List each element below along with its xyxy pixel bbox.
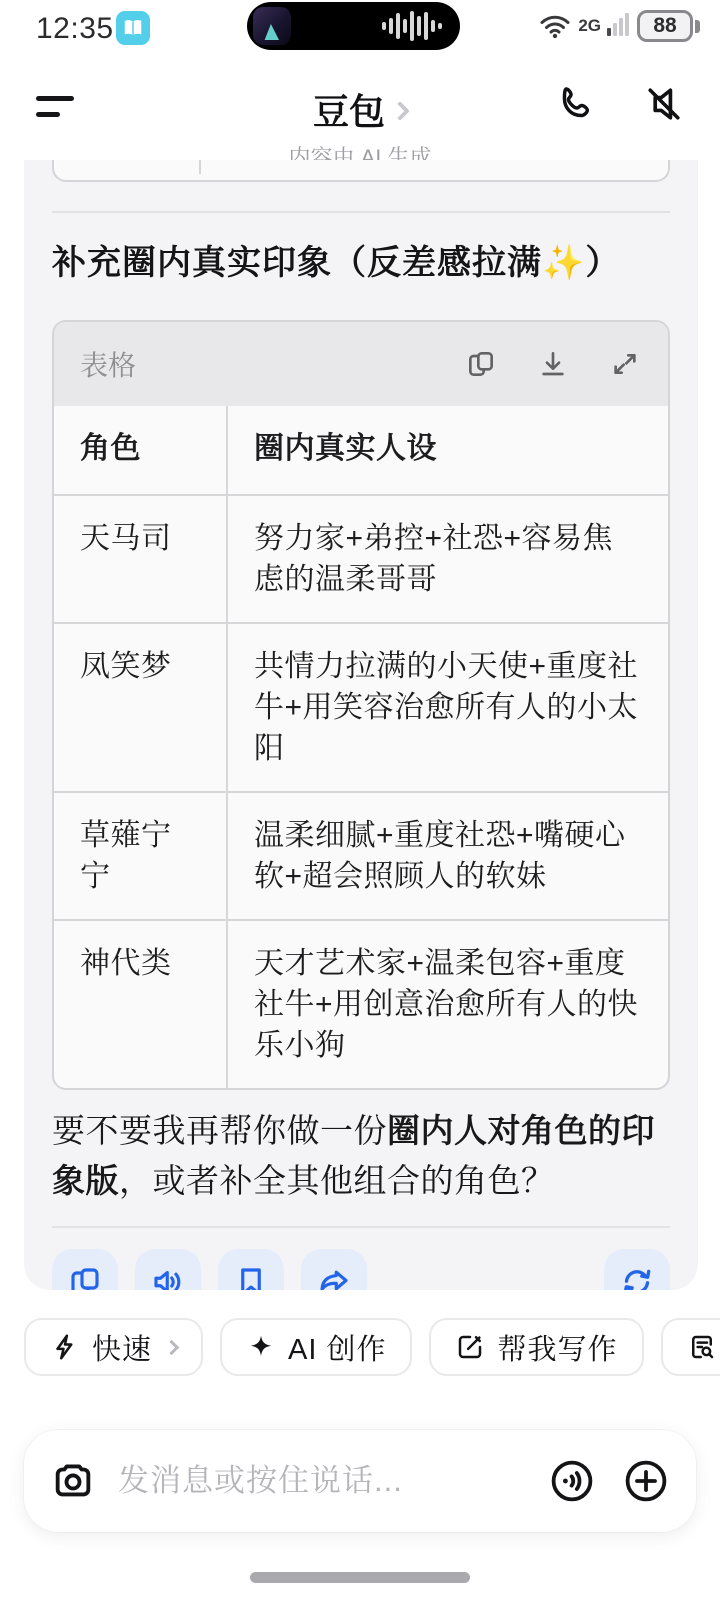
chevron-right-icon <box>164 1339 180 1355</box>
bookmark-button[interactable] <box>218 1249 284 1290</box>
message-input[interactable] <box>118 1463 548 1499</box>
battery-icon: 88 <box>637 10 700 42</box>
add-button[interactable] <box>622 1457 670 1505</box>
table-toolbar-label: 表格 <box>80 344 464 384</box>
action-divider <box>52 1226 670 1228</box>
wifi-icon <box>540 13 570 39</box>
table-row: 神代类 天才艺术家+温柔包容+重度社牛+用创意治愈所有人的快乐小狗 <box>54 920 668 1088</box>
character-name-cell: 草薙宁宁 <box>54 792 227 920</box>
table-row: 凤笑梦 共情力拉满的小天使+重度社牛+用笑容治愈所有人的小太阳 <box>54 623 668 792</box>
chip-write-for-me[interactable]: 帮我写作 <box>429 1318 643 1376</box>
character-name-cell: 天马司 <box>54 495 227 623</box>
reading-mode-icon <box>116 11 150 45</box>
chip-quick[interactable]: 快速 <box>24 1318 203 1376</box>
character-name-cell: 神代类 <box>54 920 227 1088</box>
message-heading: 补充圈内真实印象（反差感拉满✨） <box>52 235 670 284</box>
copy-message-button[interactable] <box>52 1249 118 1290</box>
previous-table-bottom-edge <box>52 160 670 182</box>
character-persona-cell: 温柔细腻+重度社恐+嘴硬心软+超会照顾人的软妹 <box>227 792 668 920</box>
chevron-right-icon <box>390 101 410 121</box>
message-input-bar <box>24 1430 696 1532</box>
followup-question: 要不要我再帮你做一份圈内人对角色的印象版，或者补全其他组合的角色？ <box>52 1106 670 1206</box>
table-copy-button[interactable] <box>464 347 498 381</box>
table-row: 天马司 努力家+弟控+社恐+容易焦虑的温柔哥哥 <box>54 495 668 623</box>
doc-search-icon <box>687 1332 717 1362</box>
characters-table: 角色 圈内真实人设 天马司 努力家+弟控+社恐+容易焦虑的温柔哥哥 凤笑梦 共情… <box>54 406 668 1088</box>
table-toolbar: 表格 <box>54 322 668 406</box>
home-indicator[interactable] <box>250 1572 470 1583</box>
message-action-row <box>52 1249 670 1290</box>
character-persona-cell: 共情力拉满的小天使+重度社牛+用笑容治愈所有人的小太阳 <box>227 623 668 792</box>
lightning-icon <box>50 1332 80 1362</box>
chip-ai-create[interactable]: AI 创作 <box>220 1318 412 1376</box>
battery-percent: 88 <box>637 10 693 42</box>
phone-screen: 12:35 2G 88 豆包 <box>0 0 720 1600</box>
voice-wave-button[interactable] <box>548 1457 596 1505</box>
column-header: 圈内真实人设 <box>227 406 668 495</box>
quick-actions-row: 快速 AI 创作 帮我写作 拍题答疑 <box>0 1318 720 1378</box>
table-expand-button[interactable] <box>608 347 642 381</box>
camera-button[interactable] <box>50 1458 96 1504</box>
character-persona-cell: 天才艺术家+温柔包容+重度社牛+用创意治愈所有人的快乐小狗 <box>227 920 668 1088</box>
regenerate-button[interactable] <box>604 1249 670 1290</box>
audio-waveform-icon <box>382 2 442 50</box>
table-header-row: 角色 圈内真实人设 <box>54 406 668 495</box>
table-download-button[interactable] <box>536 347 570 381</box>
character-name-cell: 凤笑梦 <box>54 623 227 792</box>
page-title: 豆包 <box>313 84 385 135</box>
sparkles-emoji: ✨ <box>542 244 585 282</box>
app-header: 豆包 内容由 AI 生成 <box>0 56 720 160</box>
chat-scroll-area[interactable]: 补充圈内真实印象（反差感拉满✨） 表格 <box>0 160 720 1600</box>
mute-voice-button[interactable] <box>642 82 686 126</box>
character-persona-cell: 努力家+弟控+社恐+容易焦虑的温柔哥哥 <box>227 495 668 623</box>
table-card: 表格 角色 <box>52 320 670 1090</box>
ai-message-bubble: 补充圈内真实印象（反差感拉满✨） 表格 <box>24 160 698 1290</box>
media-album-art <box>253 7 291 45</box>
status-bar: 12:35 2G 88 <box>0 0 720 56</box>
section-divider <box>52 211 670 213</box>
voice-call-button[interactable] <box>554 82 598 126</box>
clock: 12:35 <box>36 12 114 46</box>
column-header: 角色 <box>54 406 227 495</box>
chip-photo-solve[interactable]: 拍题答疑 <box>661 1318 720 1376</box>
media-island[interactable] <box>247 2 460 50</box>
signal-strength-icon <box>607 14 629 38</box>
table-row: 草薙宁宁 温柔细腻+重度社恐+嘴硬心软+超会照顾人的软妹 <box>54 792 668 920</box>
read-aloud-button[interactable] <box>135 1249 201 1290</box>
edit-square-icon <box>455 1332 485 1362</box>
share-button[interactable] <box>301 1249 367 1290</box>
sparkle-icon <box>246 1332 276 1362</box>
network-type-label: 2G <box>578 16 601 36</box>
